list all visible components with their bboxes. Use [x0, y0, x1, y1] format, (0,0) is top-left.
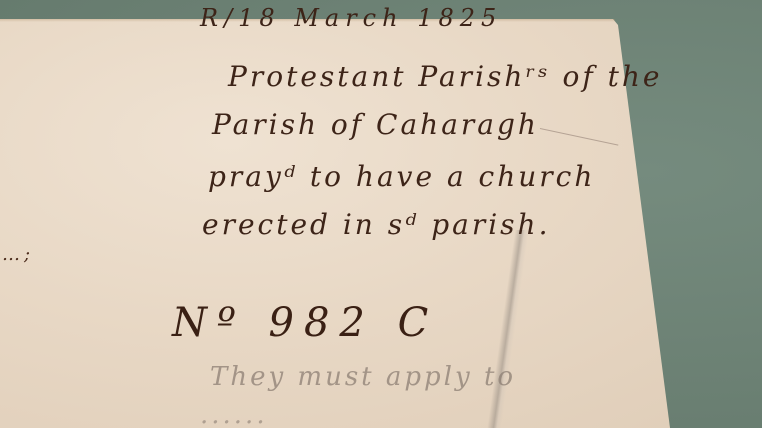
- reference-number: Nº 982 C: [172, 300, 438, 346]
- pencil-annotation-1: They must apply to: [210, 362, 516, 392]
- docket-line-3: prayᵈ to have a church: [208, 160, 595, 193]
- docket-line-2: Parish of Caharagh: [212, 108, 539, 141]
- docket-date: R/18 March 1825: [200, 4, 502, 32]
- docket-line-4: erected in sᵈ parish.: [202, 208, 550, 241]
- margin-ink-mark: …;: [2, 244, 34, 265]
- pencil-annotation-2: ......: [200, 400, 268, 428]
- docket-line-1: Protestant Parishʳˢ of the: [228, 60, 662, 93]
